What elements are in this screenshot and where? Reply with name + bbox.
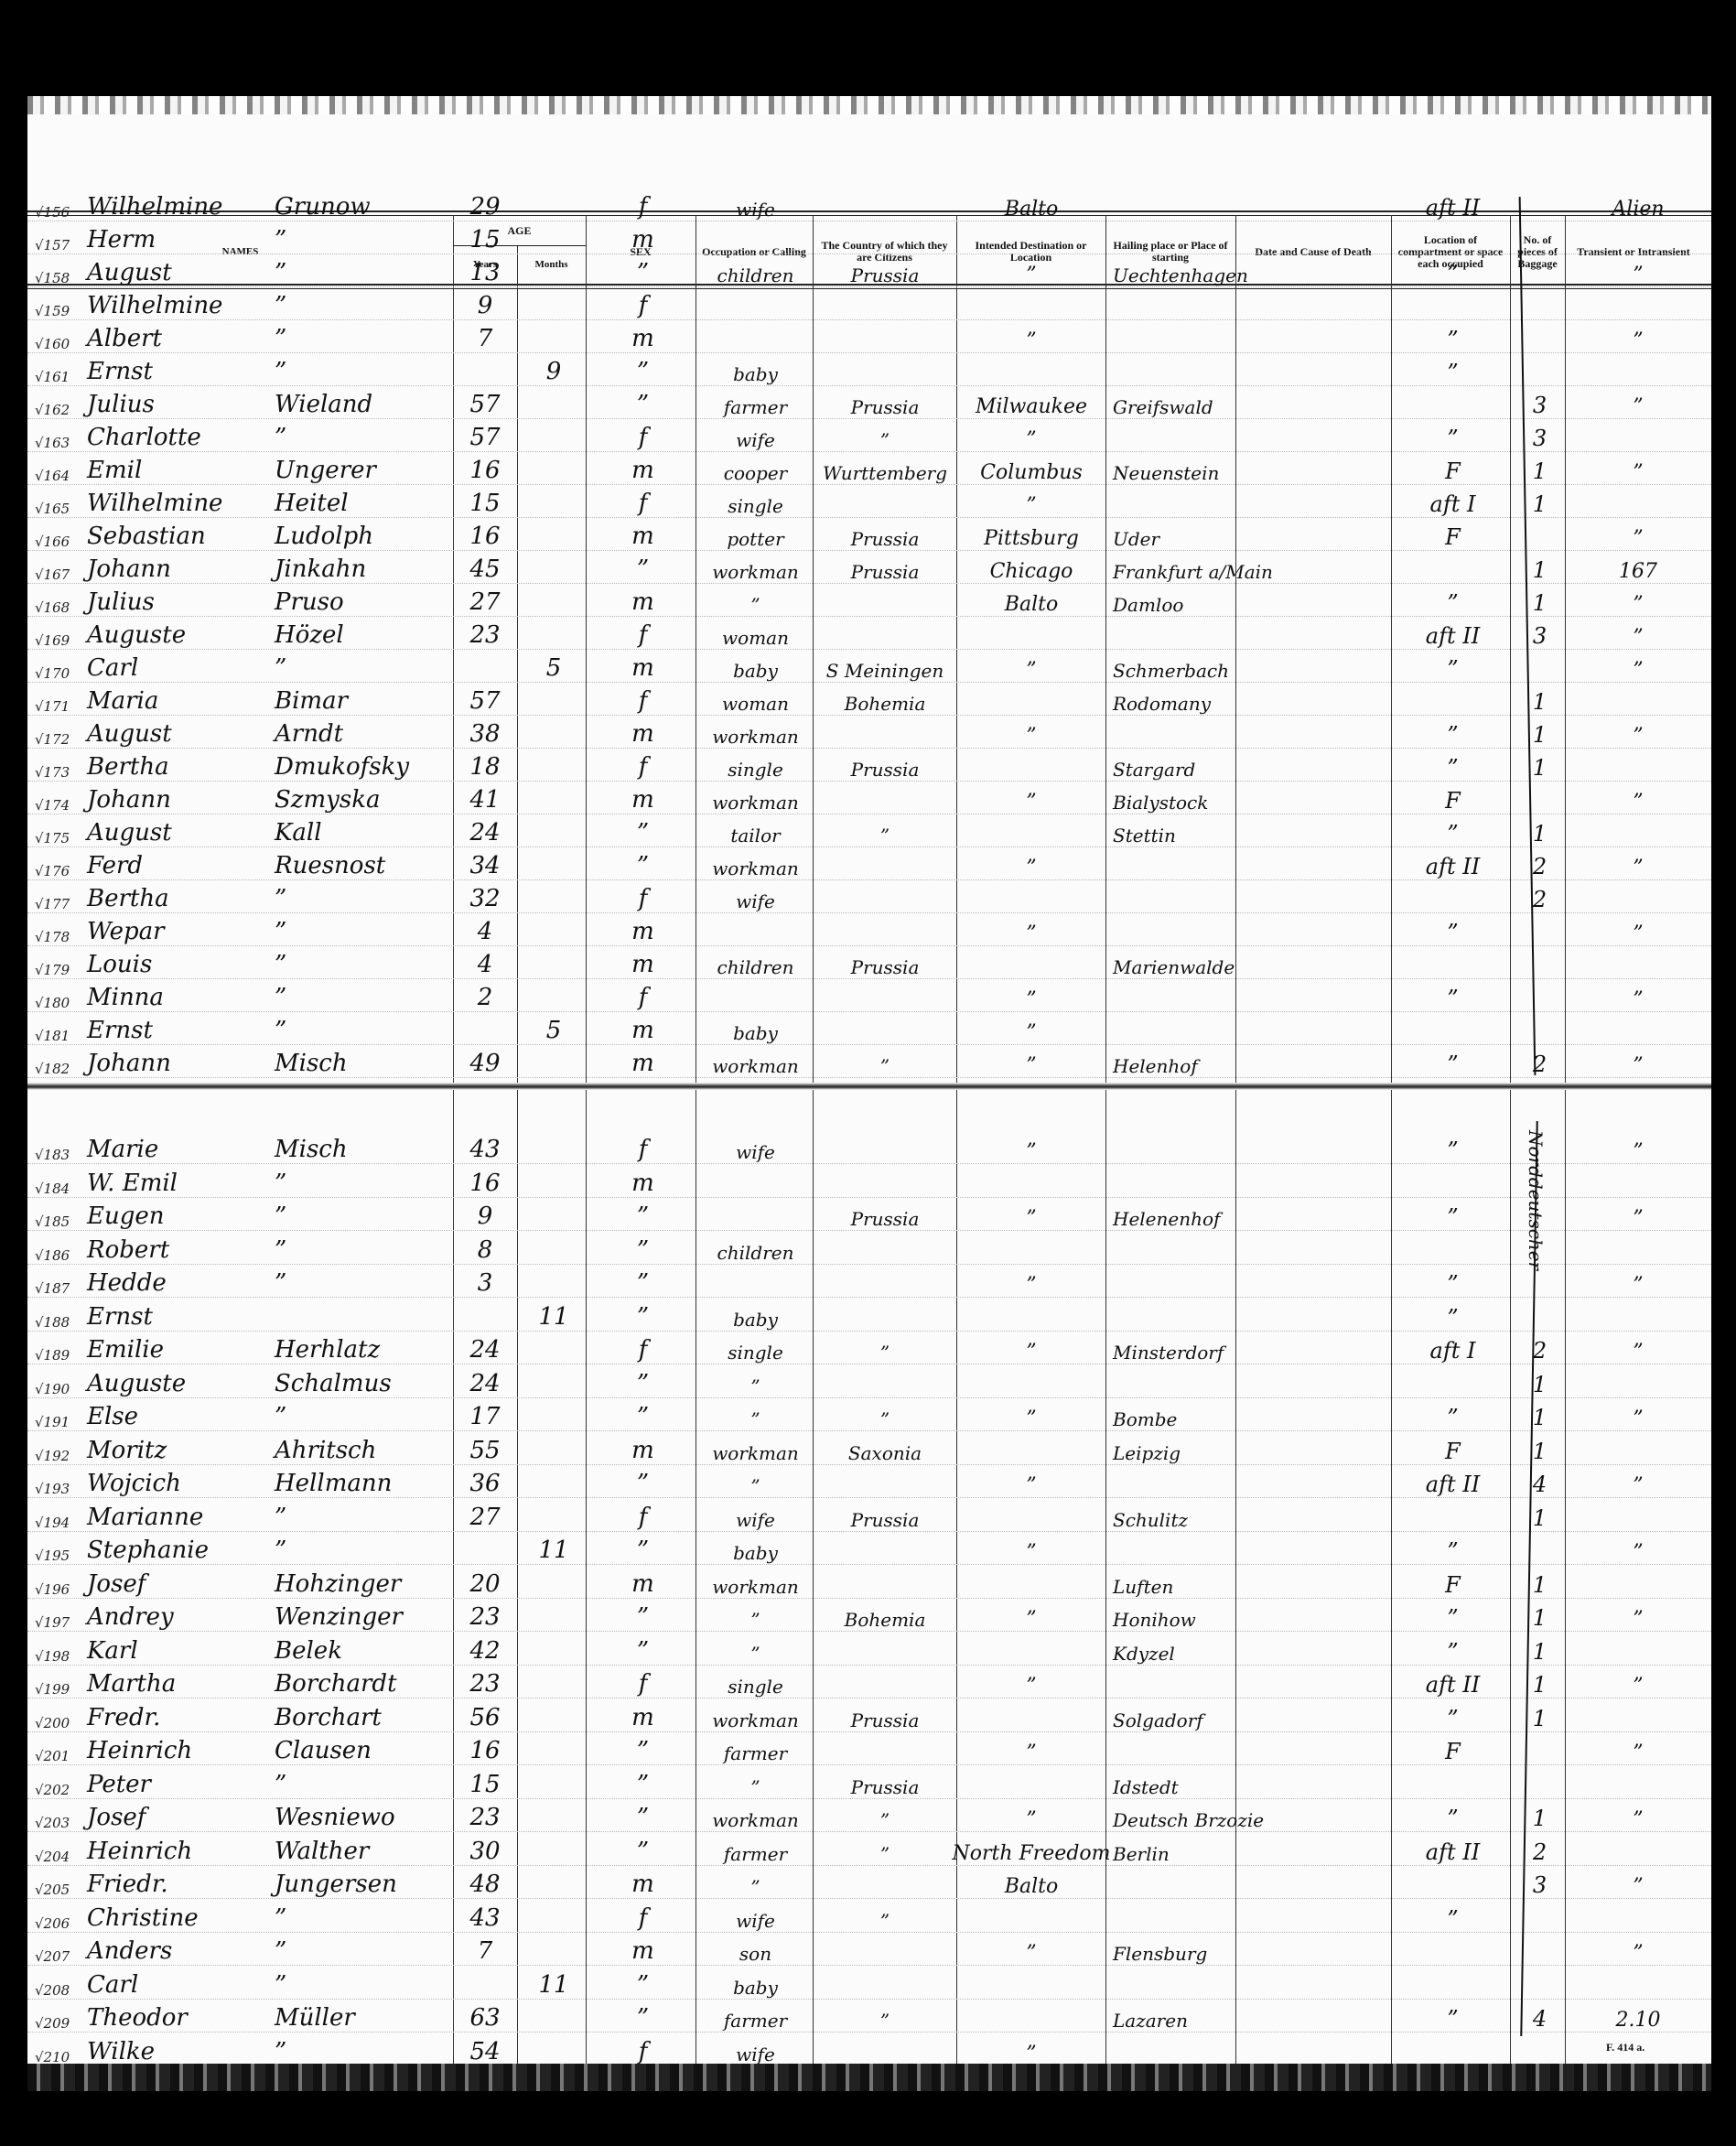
given-name: Bertha xyxy=(87,748,169,782)
compartment-location: aft II xyxy=(1396,616,1510,651)
baggage-count xyxy=(1515,1731,1565,1766)
surname: Pruso xyxy=(275,583,344,618)
given-name: Heinrich xyxy=(87,1731,192,1766)
row-number: √198 xyxy=(35,1632,71,1666)
compartment-location xyxy=(1396,1011,1510,1046)
table-row: √171MariaBimar57fwomanBohemiaRodomany1 xyxy=(27,682,1711,716)
compartment-location xyxy=(1396,286,1510,321)
hailing-place xyxy=(1109,1231,1268,1266)
sex: f xyxy=(590,484,695,519)
compartment-location xyxy=(1396,1966,1510,2000)
baggage-count: 1 xyxy=(1515,583,1565,618)
baggage-count xyxy=(1515,188,1565,222)
country xyxy=(816,1665,954,1699)
surname: Dmukofsky xyxy=(275,748,409,782)
age-years: 15 xyxy=(458,484,512,519)
age-months xyxy=(522,945,586,980)
destination: ” xyxy=(958,1130,1105,1165)
age-years: 29 xyxy=(458,188,512,222)
torn-top-edge xyxy=(27,96,1711,114)
age-months: 5 xyxy=(522,649,586,684)
compartment-location: F xyxy=(1396,1731,1510,1766)
compartment-location: ” xyxy=(1396,912,1510,947)
hailing-place xyxy=(1109,978,1268,1013)
age-months: 11 xyxy=(522,1966,586,2000)
row-number: √207 xyxy=(35,1932,71,1967)
row-number: √206 xyxy=(35,1899,71,1934)
table-row: √196JosefHohzinger20mworkmanLuftenF1 xyxy=(27,1565,1711,1599)
row-number: √186 xyxy=(35,1231,71,1266)
table-row: √192MoritzAhritsch55mworkmanSaxoniaLeipz… xyxy=(27,1431,1711,1465)
given-name: Ernst xyxy=(87,352,153,387)
occupation: potter xyxy=(698,517,813,552)
hailing-place xyxy=(1109,1665,1268,1699)
age-months xyxy=(522,517,586,552)
occupation: wife xyxy=(698,1899,813,1934)
sex: ” xyxy=(590,1197,695,1232)
country: Bohemia xyxy=(816,1598,954,1633)
table-row: √184W. Emil”16m xyxy=(27,1164,1711,1198)
destination: ” xyxy=(958,1932,1105,1967)
surname: Hohzinger xyxy=(275,1565,401,1600)
destination xyxy=(958,1966,1105,2000)
country: Prussia xyxy=(816,1765,954,1800)
transient-status xyxy=(1569,286,1707,321)
age-years: 15 xyxy=(458,1765,512,1800)
transient-status: ” xyxy=(1569,1044,1707,1079)
age-months xyxy=(522,1498,586,1533)
country xyxy=(816,1130,954,1165)
destination: ” xyxy=(958,319,1105,354)
occupation: ” xyxy=(698,1632,813,1666)
age-months xyxy=(522,1932,586,1967)
compartment-location: F xyxy=(1396,1565,1510,1600)
baggage-count: 1 xyxy=(1515,1364,1565,1399)
sex: f xyxy=(590,1331,695,1365)
age-months xyxy=(522,715,586,749)
hailing-place xyxy=(1109,1966,1268,2000)
age-months: 5 xyxy=(522,1011,586,1046)
hailing-place xyxy=(1109,1464,1268,1499)
compartment-location: ” xyxy=(1396,1264,1510,1299)
age-months xyxy=(522,1397,586,1432)
surname: ” xyxy=(275,945,286,980)
row-number: √209 xyxy=(35,1999,71,2033)
given-name: Julius xyxy=(87,385,155,420)
transient-status xyxy=(1569,682,1707,717)
row-number: √191 xyxy=(35,1397,71,1432)
given-name: Emil xyxy=(87,451,142,486)
occupation: woman xyxy=(698,616,813,651)
given-name: August xyxy=(87,814,172,848)
transient-status xyxy=(1569,1298,1707,1332)
age-years: 9 xyxy=(458,286,512,321)
hailing-place: Bombe xyxy=(1109,1397,1268,1432)
row-number: √165 xyxy=(35,484,71,519)
sex: m xyxy=(590,1565,695,1600)
transient-status xyxy=(1569,1498,1707,1533)
sex: f xyxy=(590,1665,695,1699)
age-years: 63 xyxy=(458,1999,512,2033)
age-months: 11 xyxy=(522,1298,586,1332)
table-row: √157Herm”15m xyxy=(27,221,1711,254)
compartment-location: ” xyxy=(1396,253,1510,288)
occupation: workman xyxy=(698,1431,813,1466)
destination: ” xyxy=(958,1798,1105,1833)
table-row: √160Albert”7m””” xyxy=(27,319,1711,353)
row-number: √182 xyxy=(35,1044,71,1079)
sex: ” xyxy=(590,1364,695,1399)
destination: ” xyxy=(958,781,1105,815)
row-number: √203 xyxy=(35,1798,71,1833)
surname: Bimar xyxy=(275,682,348,717)
destination: Columbus xyxy=(958,451,1105,486)
given-name: Marianne xyxy=(87,1498,203,1533)
compartment-location xyxy=(1396,1765,1510,1800)
country xyxy=(816,319,954,354)
surname: ” xyxy=(275,1765,286,1800)
occupation: single xyxy=(698,748,813,782)
country: ” xyxy=(816,814,954,848)
age-months xyxy=(522,1464,586,1499)
transient-status xyxy=(1569,418,1707,453)
hailing-place xyxy=(1109,418,1268,453)
row-number: √176 xyxy=(35,847,71,881)
transient-status: 167 xyxy=(1569,550,1707,585)
country xyxy=(816,1298,954,1332)
age-years xyxy=(458,1011,512,1046)
country xyxy=(816,1164,954,1199)
surname: ” xyxy=(275,1498,286,1533)
occupation: children xyxy=(698,253,813,288)
destination xyxy=(958,616,1105,651)
destination: ” xyxy=(958,1397,1105,1432)
baggage-count: 1 xyxy=(1515,550,1565,585)
sex: m xyxy=(590,583,695,618)
transient-status: ” xyxy=(1569,616,1707,651)
destination xyxy=(958,352,1105,387)
destination: ” xyxy=(958,1665,1105,1699)
surname: Walther xyxy=(275,1832,369,1867)
age-years: 3 xyxy=(458,1264,512,1299)
sex: ” xyxy=(590,1464,695,1499)
table-row: √156WilhelmineGrunow29fwifeBaltoaft IIAl… xyxy=(27,188,1711,221)
transient-status: ” xyxy=(1569,253,1707,288)
destination xyxy=(958,1498,1105,1533)
hailing-place: Berlin xyxy=(1109,1832,1268,1867)
surname: ” xyxy=(275,286,286,321)
country xyxy=(816,286,954,321)
baggage-count: 1 xyxy=(1515,1565,1565,1600)
hailing-place xyxy=(1109,715,1268,749)
transient-status xyxy=(1569,221,1707,255)
hailing-place: Helenhof xyxy=(1109,1044,1268,1079)
age-years: 8 xyxy=(458,1231,512,1266)
given-name: Wilhelmine xyxy=(87,188,222,222)
compartment-location: ” xyxy=(1396,1999,1510,2033)
country xyxy=(816,583,954,618)
table-row: √202Peter”15””PrussiaIdstedt xyxy=(27,1765,1711,1799)
table-row: √162JuliusWieland57”farmerPrussiaMilwauk… xyxy=(27,385,1711,419)
hailing-place: Rodomany xyxy=(1109,682,1268,717)
table-row: √206Christine”43fwife”” xyxy=(27,1899,1711,1933)
age-years: 18 xyxy=(458,748,512,782)
age-years: 57 xyxy=(458,682,512,717)
compartment-location: F xyxy=(1396,781,1510,815)
sex: m xyxy=(590,319,695,354)
occupation: cooper xyxy=(698,451,813,486)
destination xyxy=(958,1164,1105,1199)
surname: Wesniewo xyxy=(275,1798,395,1833)
country xyxy=(816,1364,954,1399)
table-row: √204HeinrichWalther30”farmer”North Freed… xyxy=(27,1832,1711,1866)
country xyxy=(816,912,954,947)
destination: Milwaukee xyxy=(958,385,1105,420)
transient-status: ” xyxy=(1569,1397,1707,1432)
destination xyxy=(958,1364,1105,1399)
baggage-count: 2 xyxy=(1515,1832,1565,1867)
table-row: √170Carl”5mbabyS Meiningen”Schmerbach”” xyxy=(27,649,1711,683)
table-row: √163Charlotte”57fwife”””3 xyxy=(27,418,1711,452)
hailing-place: Uder xyxy=(1109,517,1268,552)
sex: ” xyxy=(590,1598,695,1633)
transient-status xyxy=(1569,1364,1707,1399)
row-number: √201 xyxy=(35,1731,71,1766)
baggage-count xyxy=(1515,1011,1565,1046)
hailing-place: Luften xyxy=(1109,1565,1268,1600)
compartment-location: ” xyxy=(1396,649,1510,684)
surname: ” xyxy=(275,1164,286,1199)
age-months: 11 xyxy=(522,1531,586,1566)
table-row: √186Robert”8”children xyxy=(27,1231,1711,1265)
row-number: √199 xyxy=(35,1665,71,1699)
table-row: √168JuliusPruso27m”BaltoDamloo”1” xyxy=(27,583,1711,617)
given-name: Marie xyxy=(87,1130,158,1165)
given-name: Wilke xyxy=(87,2033,155,2067)
baggage-count xyxy=(1515,221,1565,255)
row-number: √173 xyxy=(35,748,71,782)
age-months xyxy=(522,748,586,782)
occupation xyxy=(698,221,813,255)
given-name: Wepar xyxy=(87,912,165,947)
destination: Pittsburg xyxy=(958,517,1105,552)
age-months xyxy=(522,847,586,881)
margin-note: Norddeutscher xyxy=(1525,1130,1547,1270)
hailing-place xyxy=(1109,1899,1268,1934)
occupation: workman xyxy=(698,1798,813,1833)
age-years: 43 xyxy=(458,1130,512,1165)
table-row: √177Bertha”32fwife2 xyxy=(27,879,1711,913)
age-years: 42 xyxy=(458,1632,512,1666)
sex: f xyxy=(590,1498,695,1533)
hailing-place xyxy=(1109,1364,1268,1399)
given-name: Johann xyxy=(87,550,171,585)
hailing-place: Schulitz xyxy=(1109,1498,1268,1533)
occupation: ” xyxy=(698,1598,813,1633)
table-row: √181Ernst”5mbaby” xyxy=(27,1011,1711,1045)
transient-status xyxy=(1569,1966,1707,2000)
surname: ” xyxy=(275,352,286,387)
age-months xyxy=(522,1231,586,1266)
sex: ” xyxy=(590,1765,695,1800)
given-name: Andrey xyxy=(87,1598,174,1633)
occupation: single xyxy=(698,484,813,519)
baggage-count xyxy=(1515,1298,1565,1332)
given-name: Wojcich xyxy=(87,1464,181,1499)
surname: Belek xyxy=(275,1632,342,1666)
occupation xyxy=(698,1197,813,1232)
occupation: tailor xyxy=(698,814,813,848)
table-row: √174JohannSzmyska41mworkman”BialystockF” xyxy=(27,781,1711,814)
given-name: Karl xyxy=(87,1632,138,1666)
baggage-count: 1 xyxy=(1515,484,1565,519)
age-years: 49 xyxy=(458,1044,512,1079)
transient-status: ” xyxy=(1569,1464,1707,1499)
hailing-place: Frankfurt a/Main xyxy=(1109,550,1268,585)
table-row: √166SebastianLudolph16mpotterPrussiaPitt… xyxy=(27,517,1711,551)
baggage-count: 1 xyxy=(1515,814,1565,848)
age-years: 56 xyxy=(458,1698,512,1733)
sex: m xyxy=(590,221,695,255)
occupation: workman xyxy=(698,1044,813,1079)
transient-status xyxy=(1569,1832,1707,1867)
country: Prussia xyxy=(816,385,954,420)
surname: Ungerer xyxy=(275,451,376,486)
destination: ” xyxy=(958,418,1105,453)
country xyxy=(816,1264,954,1299)
hailing-place: Damloo xyxy=(1109,583,1268,618)
hailing-place xyxy=(1109,616,1268,651)
hailing-place: Schmerbach xyxy=(1109,649,1268,684)
row-number: √168 xyxy=(35,583,71,618)
compartment-location: F xyxy=(1396,517,1510,552)
country: Prussia xyxy=(816,550,954,585)
compartment-location: ” xyxy=(1396,1632,1510,1666)
compartment-location: ” xyxy=(1396,1531,1510,1566)
surname: ” xyxy=(275,418,286,453)
sex: m xyxy=(590,1044,695,1079)
country xyxy=(816,616,954,651)
given-name: Auguste xyxy=(87,616,186,651)
destination xyxy=(958,286,1105,321)
age-years: 16 xyxy=(458,1731,512,1766)
transient-status: ” xyxy=(1569,319,1707,354)
age-years: 7 xyxy=(458,319,512,354)
hailing-place xyxy=(1109,352,1268,387)
sex: m xyxy=(590,517,695,552)
given-name: Minna xyxy=(87,978,164,1013)
sex: f xyxy=(590,1130,695,1165)
table-row: √194Marianne”27fwifePrussiaSchulitz1 xyxy=(27,1498,1711,1532)
surname: ” xyxy=(275,1899,286,1934)
row-number: √183 xyxy=(35,1130,71,1165)
age-months xyxy=(522,1765,586,1800)
country xyxy=(816,1464,954,1499)
hailing-place xyxy=(1109,1164,1268,1199)
sex: ” xyxy=(590,1832,695,1867)
row-number: √158 xyxy=(35,253,71,288)
compartment-location xyxy=(1396,945,1510,980)
surname: ” xyxy=(275,1231,286,1266)
transient-status xyxy=(1569,1765,1707,1800)
sex: f xyxy=(590,616,695,651)
country xyxy=(816,352,954,387)
destination xyxy=(958,814,1105,848)
surname: Misch xyxy=(275,1044,348,1079)
row-number: √157 xyxy=(35,221,71,255)
table-row: √201HeinrichClausen16”farmer”F” xyxy=(27,1731,1711,1765)
age-months xyxy=(522,385,586,420)
given-name: Stephanie xyxy=(87,1531,209,1566)
transient-status xyxy=(1569,1698,1707,1733)
age-months xyxy=(522,1999,586,2033)
occupation: workman xyxy=(698,847,813,881)
compartment-location: aft II xyxy=(1396,847,1510,881)
form-number: F. 414 a. xyxy=(1606,2041,1644,2054)
given-name: Carl xyxy=(87,1966,138,2000)
age-years: 4 xyxy=(458,945,512,980)
age-months xyxy=(522,912,586,947)
hailing-place: Deutsch Brzozie xyxy=(1109,1798,1268,1833)
given-name: Ferd xyxy=(87,847,143,881)
sex: m xyxy=(590,1865,695,1900)
age-years: 23 xyxy=(458,1598,512,1633)
given-name: Anders xyxy=(87,1932,172,1967)
surname: Herhlatz xyxy=(275,1331,380,1365)
sex: f xyxy=(590,748,695,782)
row-number: √178 xyxy=(35,912,71,947)
transient-status: ” xyxy=(1569,1865,1707,1900)
hailing-place xyxy=(1109,484,1268,519)
country xyxy=(816,1731,954,1766)
compartment-location: ” xyxy=(1396,715,1510,749)
baggage-count xyxy=(1515,945,1565,980)
sex: m xyxy=(590,715,695,749)
given-name: Martha xyxy=(87,1665,176,1699)
row-number: √202 xyxy=(35,1765,71,1800)
transient-status xyxy=(1569,484,1707,519)
age-months xyxy=(522,879,586,914)
given-name: Eugen xyxy=(87,1197,165,1232)
row-number: √189 xyxy=(35,1331,71,1365)
destination xyxy=(958,748,1105,782)
hailing-place: Greifswald xyxy=(1109,385,1268,420)
given-name: Louis xyxy=(87,945,152,980)
compartment-location xyxy=(1396,2033,1510,2067)
destination: ” xyxy=(958,2033,1105,2067)
row-number: √205 xyxy=(35,1865,71,1900)
sex: m xyxy=(590,1698,695,1733)
row-number: √169 xyxy=(35,616,71,651)
age-years: 4 xyxy=(458,912,512,947)
hailing-place xyxy=(1109,319,1268,354)
compartment-location: ” xyxy=(1396,1044,1510,1079)
surname: ” xyxy=(275,2033,286,2067)
occupation: single xyxy=(698,1665,813,1699)
compartment-location: ” xyxy=(1396,1899,1510,1934)
compartment-location: aft I xyxy=(1396,1331,1510,1365)
sex: f xyxy=(590,978,695,1013)
baggage-count: 2 xyxy=(1515,879,1565,914)
compartment-location: ” xyxy=(1396,1397,1510,1432)
occupation: woman xyxy=(698,682,813,717)
baggage-count xyxy=(1515,649,1565,684)
row-number: √194 xyxy=(35,1498,71,1533)
transient-status: ” xyxy=(1569,1798,1707,1833)
row-number: √166 xyxy=(35,517,71,552)
baggage-count: 2 xyxy=(1515,1044,1565,1079)
surname: ” xyxy=(275,253,286,288)
